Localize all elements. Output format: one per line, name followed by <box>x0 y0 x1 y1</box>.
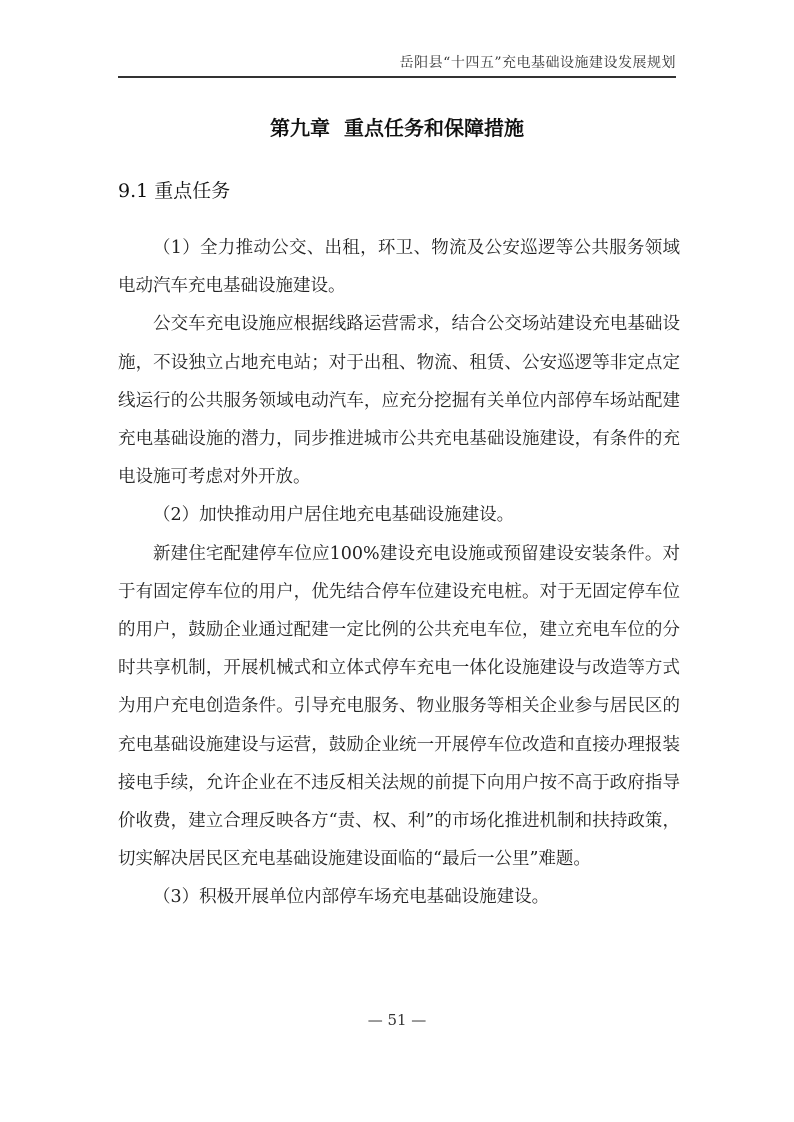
page-header: 岳阳县“十四五”充电基础设施建设发展规划 <box>118 50 676 78</box>
document-page: 岳阳县“十四五”充电基础设施建设发展规划 第九章 重点任务和保障措施 9.1 重… <box>0 0 794 1122</box>
chapter-title: 第九章 重点任务和保障措施 <box>0 112 794 141</box>
body-text: （1）全力推动公交、出租，环卫、物流及公安巡逻等公共服务领域电动汽车充电基础设施… <box>118 229 680 917</box>
paragraph-task-1-heading: （1）全力推动公交、出租，环卫、物流及公安巡逻等公共服务领域电动汽车充电基础设施… <box>118 229 680 305</box>
paragraph-task-3-heading: （3）积极开展单位内部停车场充电基础设施建设。 <box>118 878 680 916</box>
paragraph-task-2-body: 新建住宅配建停车位应100%建设充电设施或预留建设安装条件。对于有固定停车位的用… <box>118 535 680 879</box>
running-title: 岳阳县“十四五”充电基础设施建设发展规划 <box>400 52 676 72</box>
paragraph-task-1-body: 公交车充电设施应根据线路运营需求，结合公交场站建设充电基础设施，不设独立占地充电… <box>118 305 680 496</box>
section-title: 9.1 重点任务 <box>118 176 230 203</box>
page-number: — 51 — <box>0 1011 794 1029</box>
paragraph-task-2-heading: （2）加快推动用户居住地充电基础设施建设。 <box>118 496 680 534</box>
